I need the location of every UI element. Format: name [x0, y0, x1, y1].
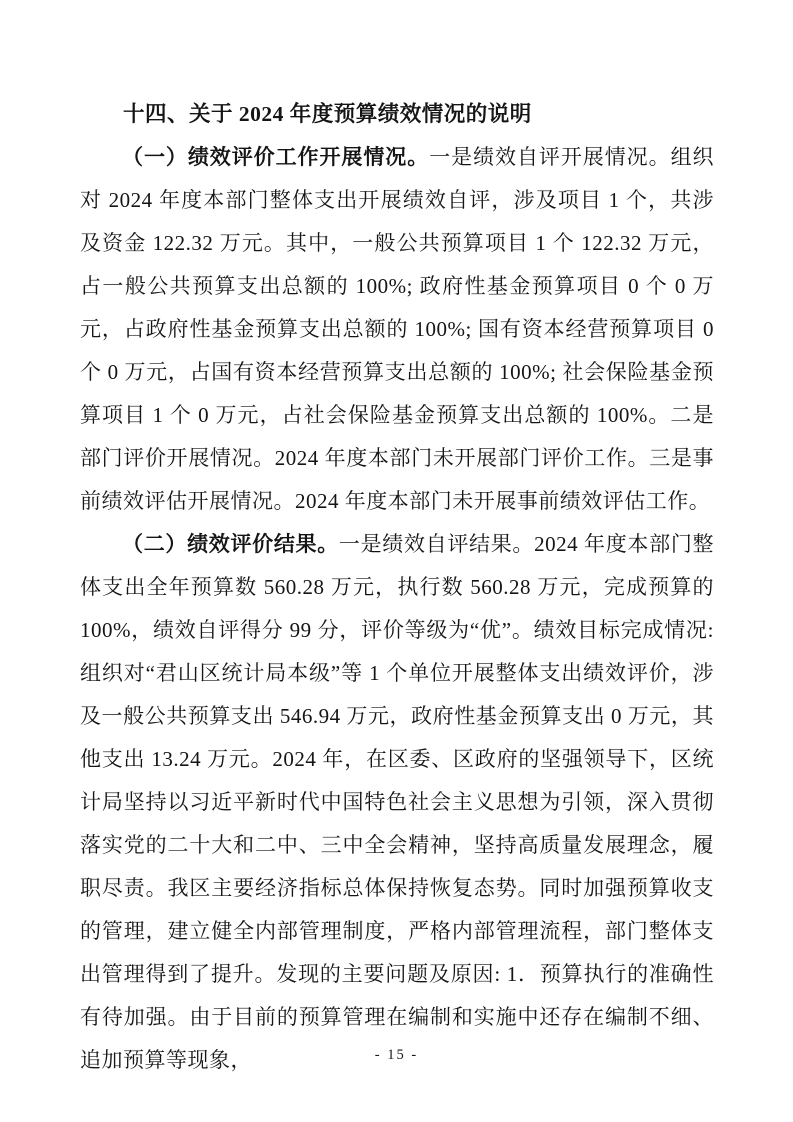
page-number: - 15 - [0, 1048, 793, 1063]
paragraph-lead: （二）绩效评价结果。 [122, 532, 339, 556]
paragraph-lead: （一）绩效评价工作开展情况。 [122, 145, 429, 169]
paragraph: （一）绩效评价工作开展情况。一是绩效自评开展情况。组织对 2024 年度本部门整… [80, 136, 714, 523]
section-heading: 十四、关于 2024 年度预算绩效情况的说明 [80, 93, 714, 136]
document-page: 十四、关于 2024 年度预算绩效情况的说明 （一）绩效评价工作开展情况。一是绩… [0, 0, 793, 1122]
paragraph: （二）绩效评价结果。一是绩效自评结果。2024 年度本部门整体支出全年预算数 5… [80, 523, 714, 1082]
paragraph-body: 一是绩效自评开展情况。组织对 2024 年度本部门整体支出开展绩效自评，涉及项目… [80, 145, 714, 513]
paragraph-body: 一是绩效自评结果。2024 年度本部门整体支出全年预算数 560.28 万元，执… [80, 532, 714, 1072]
